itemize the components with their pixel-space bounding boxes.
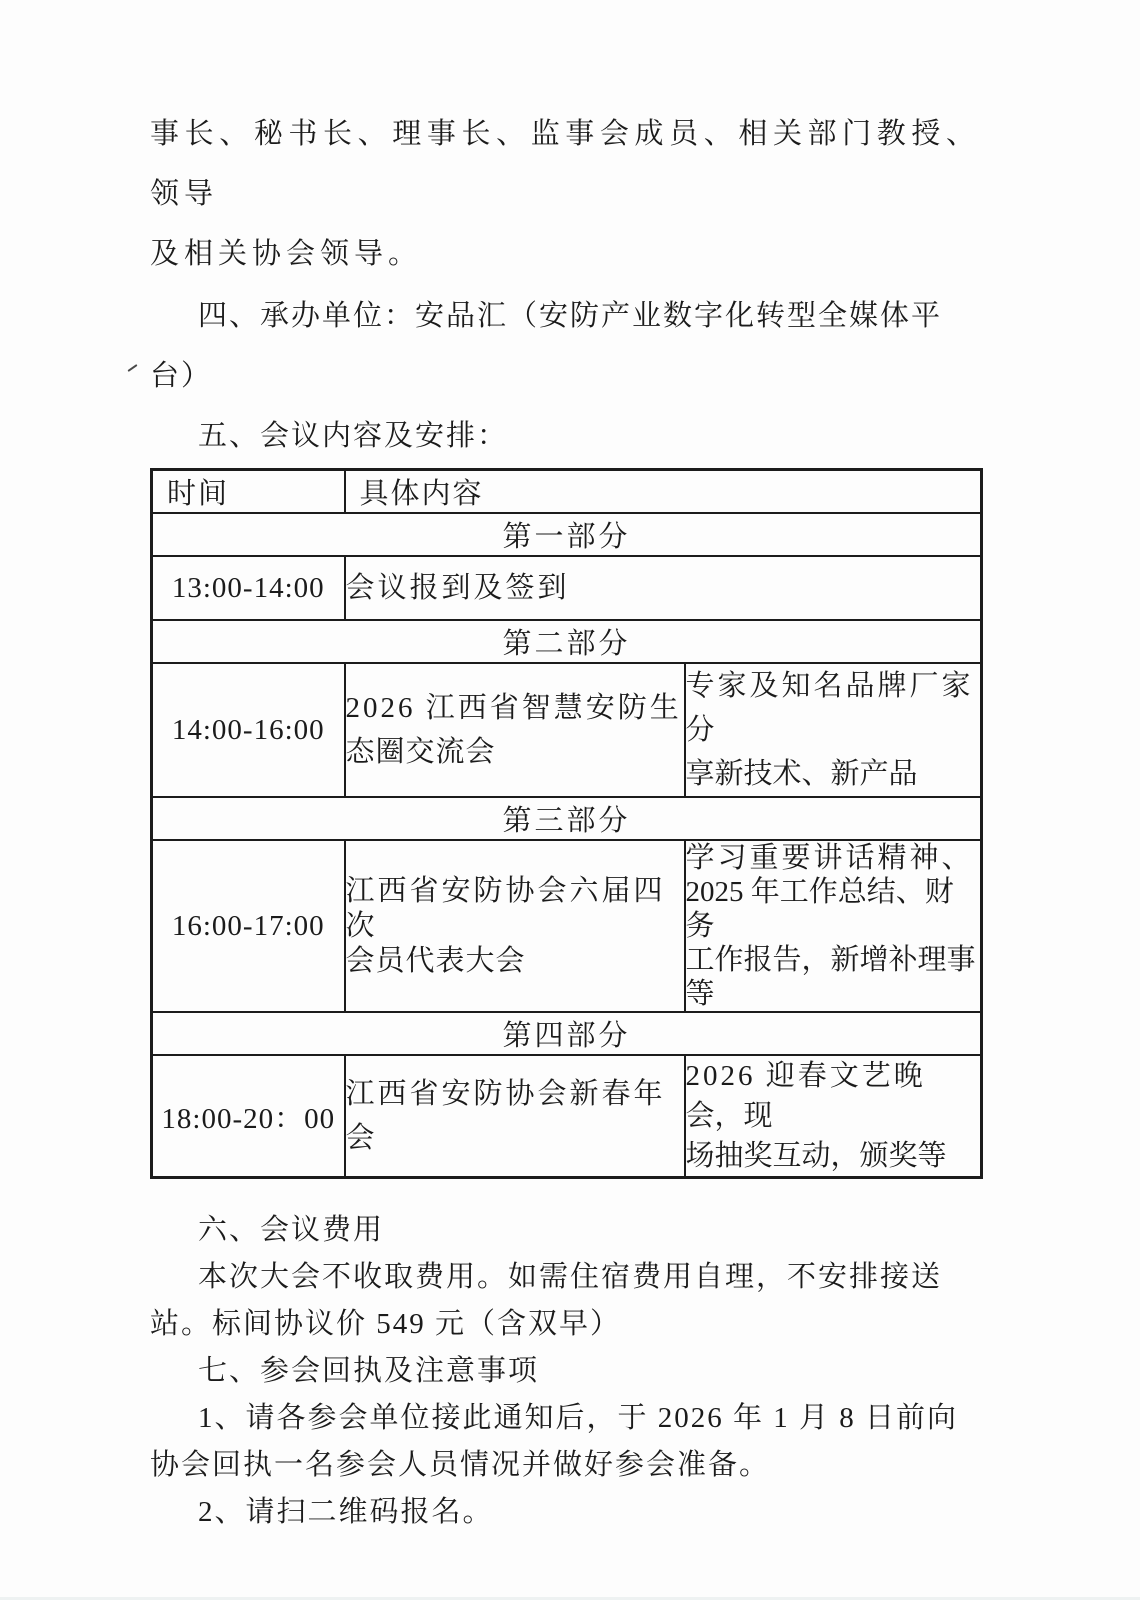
- table-row: 16:00-17:00 江西省安防协会六届四次 会员代表大会 学习重要讲话精神、…: [152, 840, 982, 1012]
- detail-cell: 学习重要讲话精神、 2025 年工作总结、财务 工作报告，新增补理事 等: [685, 840, 982, 1012]
- table-row: 18:00-20：00 江西省安防协会新春年会 2026 迎春文艺晚会，现 场抽…: [152, 1055, 982, 1178]
- document-page: 事长、秘书长、理事长、监事会成员、相关部门教授、领导 及相关协会领导。 四、承办…: [0, 0, 1140, 1600]
- section-band-row: 第一部分: [152, 513, 982, 556]
- document-content: 事长、秘书长、理事长、监事会成员、相关部门教授、领导 及相关协会领导。 四、承办…: [150, 104, 980, 1536]
- time-cell: 16:00-17:00: [152, 840, 345, 1012]
- table-row: 14:00-16:00 2026 江西省智慧安防生 态圈交流会 专家及知名品牌厂…: [152, 663, 982, 797]
- header-content-cell: 具体内容: [345, 470, 982, 514]
- time-cell: 14:00-16:00: [152, 663, 345, 797]
- content-cell: 2026 江西省智慧安防生 态圈交流会: [345, 663, 685, 797]
- section-4-heading: 四、承办单位：安品汇（安防产业数字化转型全媒体平台）: [150, 286, 980, 406]
- time-cell: 13:00-14:00: [152, 556, 345, 620]
- section-band-label: 第三部分: [152, 797, 982, 840]
- scan-artifact-mark: [127, 364, 137, 372]
- reply-note-2: 2、请扫二维码报名。: [150, 1489, 980, 1536]
- table-row: 13:00-14:00 会议报到及签到: [152, 556, 982, 620]
- header-time-cell: 时间: [152, 470, 345, 514]
- content-cell: 会议报到及签到: [345, 556, 982, 620]
- intro-paragraph: 事长、秘书长、理事长、监事会成员、相关部门教授、领导 及相关协会领导。: [150, 104, 980, 284]
- detail-cell: 专家及知名品牌厂家分 享新技术、新产品: [685, 663, 982, 797]
- section-band-row: 第二部分: [152, 620, 982, 663]
- table-header-row: 时间 具体内容: [152, 470, 982, 514]
- fee-note-paragraph: 本次大会不收取费用。如需住宿费用自理，不安排接送 站。标间协议价 549 元（含…: [150, 1254, 980, 1348]
- detail-cell: 2026 迎春文艺晚会，现 场抽奖互动，颁奖等: [685, 1055, 982, 1178]
- reply-note-1: 1、请各参会单位接此通知后，于 2026 年 1 月 8 日前向 协会回执一名参…: [150, 1395, 980, 1489]
- time-cell: 18:00-20：00: [152, 1055, 345, 1178]
- content-cell: 江西省安防协会六届四次 会员代表大会: [345, 840, 685, 1012]
- section-band-row: 第四部分: [152, 1012, 982, 1055]
- section-band-label: 第一部分: [152, 513, 982, 556]
- section-band-label: 第二部分: [152, 620, 982, 663]
- section-5-heading: 五、会议内容及安排：: [150, 406, 980, 466]
- content-cell: 江西省安防协会新春年会: [345, 1055, 685, 1178]
- section-band-row: 第三部分: [152, 797, 982, 840]
- schedule-table: 时间 具体内容 第一部分 13:00-14:00 会议报到及签到 第二部分 14…: [150, 468, 983, 1179]
- section-band-label: 第四部分: [152, 1012, 982, 1055]
- section-6-heading: 六、会议费用: [150, 1207, 980, 1254]
- section-7-heading: 七、参会回执及注意事项: [150, 1348, 980, 1395]
